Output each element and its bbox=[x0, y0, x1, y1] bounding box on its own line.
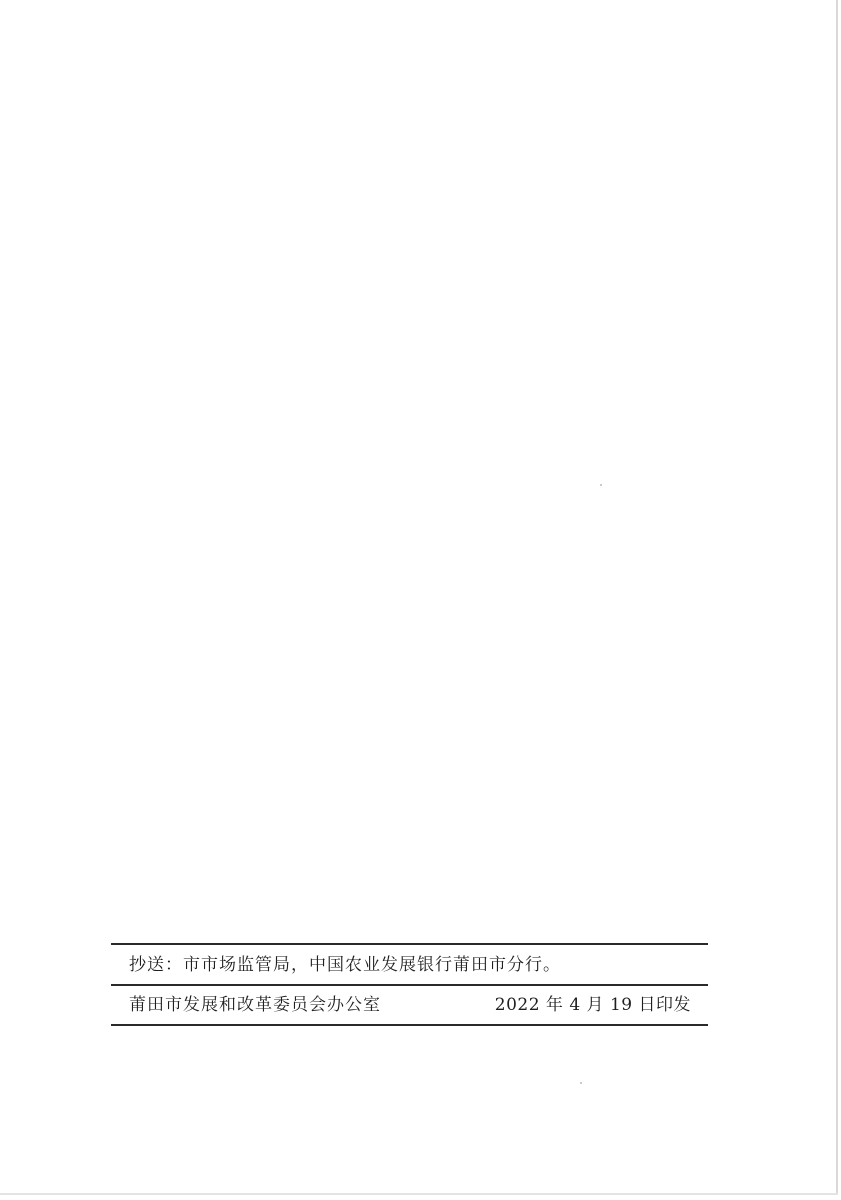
top-divider bbox=[111, 943, 708, 945]
page-edge-right bbox=[836, 0, 838, 1195]
issue-date: 2022 年 4 月 19 日印发 bbox=[495, 995, 691, 1015]
page-edge-bottom bbox=[0, 1193, 838, 1195]
cc-recipients: 抄送：市市场监管局，中国农业发展银行莆田市分行。 bbox=[129, 955, 561, 975]
issuing-office: 莆田市发展和改革委员会办公室 bbox=[129, 995, 381, 1015]
bottom-divider bbox=[111, 1024, 708, 1026]
middle-divider bbox=[111, 984, 708, 986]
scan-speck bbox=[600, 484, 602, 486]
scan-speck bbox=[580, 1082, 582, 1084]
